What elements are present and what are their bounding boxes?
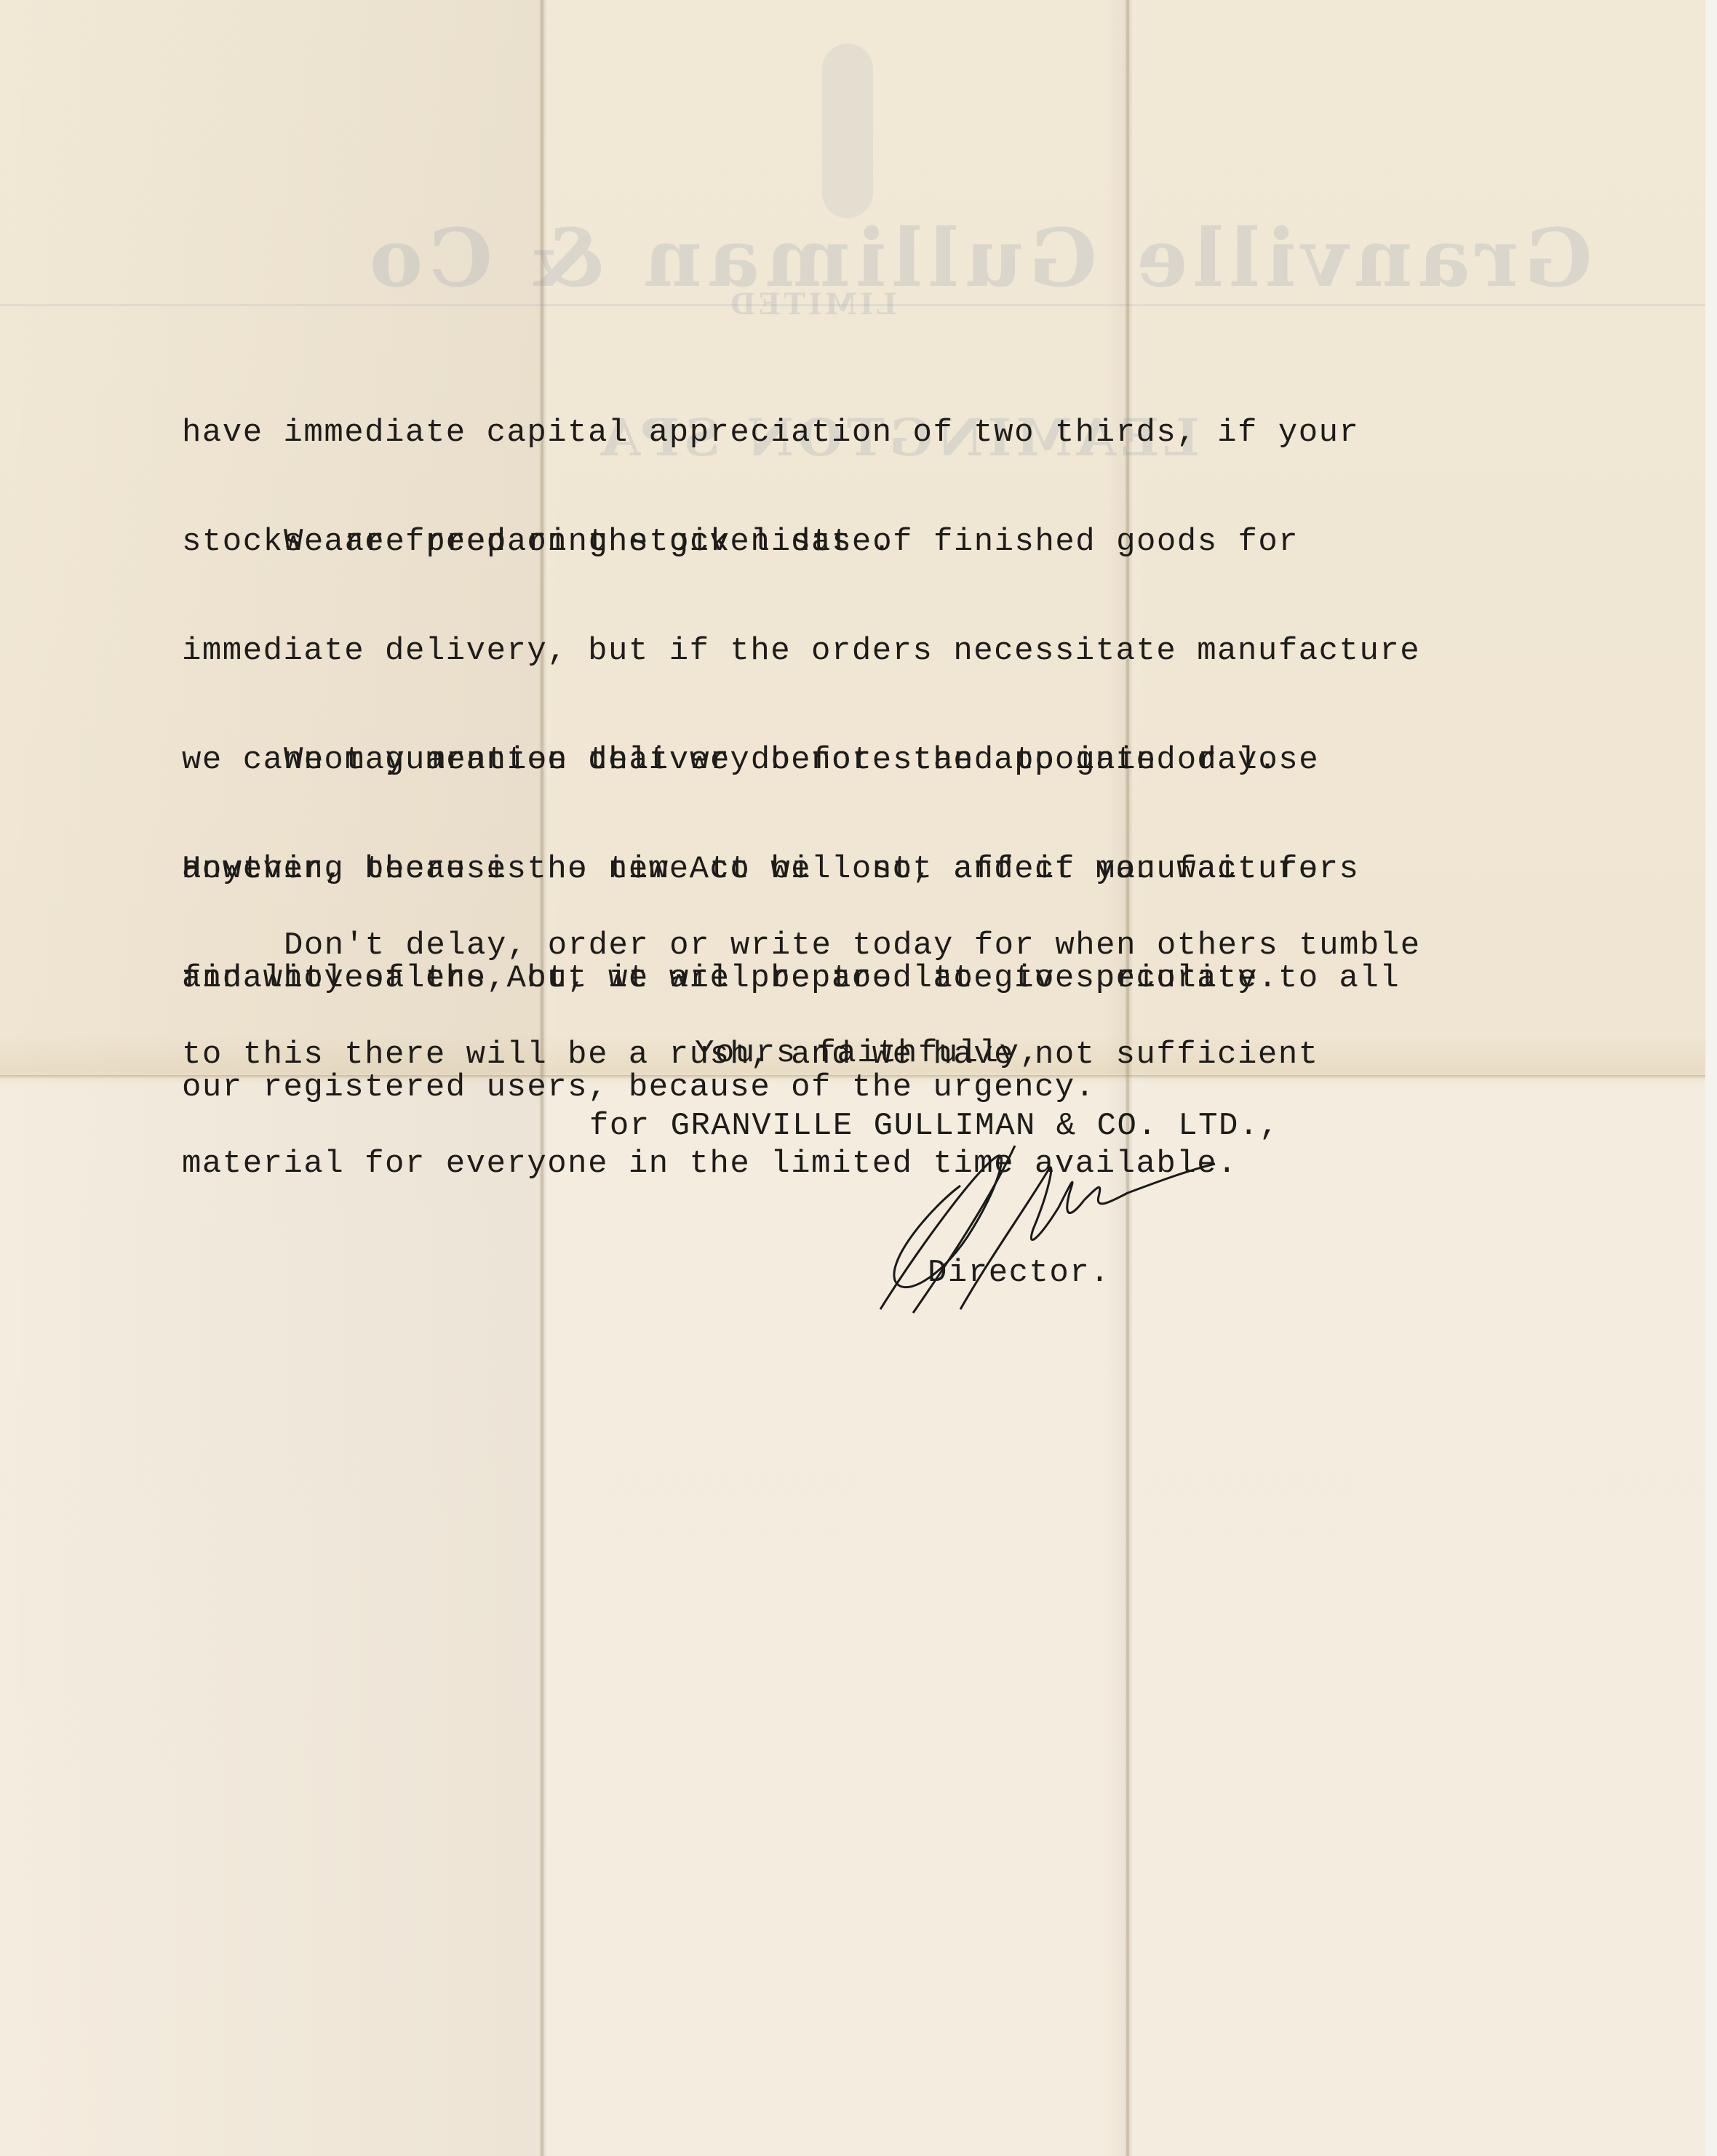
company-signoff: for GRANVILLE GULLIMAN & CO. LTD., (589, 1108, 1280, 1144)
crest-watermark-icon (822, 44, 873, 218)
text-line: We may mention that we do not stand to g… (182, 742, 1400, 778)
text-line: We are preparing stock lists of finished… (182, 524, 1420, 560)
letterhead-rule-watermark (0, 304, 1705, 306)
valediction: Yours faithfully, (695, 1035, 1040, 1071)
text-line: have immediate capital appreciation of t… (182, 415, 1359, 451)
text-line: immediate delivery, but if the orders ne… (182, 633, 1420, 669)
text-line: Don't delay, order or write today for wh… (182, 927, 1421, 964)
signatory-title: Director. (928, 1255, 1110, 1291)
